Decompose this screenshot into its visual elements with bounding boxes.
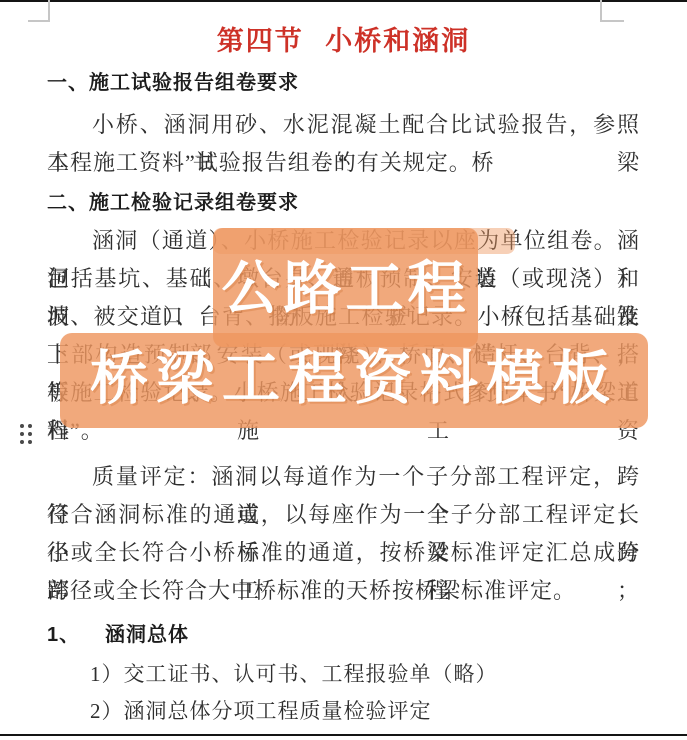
paragraph-quality-evaluation: 质量评定：涵洞以每道作为一个子分部工程评定，跨径或全长 符合涵洞标准的通道，以每… — [47, 458, 640, 610]
sub-item: 2）涵洞总体分项工程质量检验评定 — [47, 696, 640, 726]
corner-mark-top-left — [28, 20, 50, 22]
paragraph-trial-report: 小桥、涵洞用砂、水泥混凝土配合比试验报告，参照本书“桥梁 工程施工资料”试验报告… — [47, 106, 640, 182]
watermark-text-1: 公路工程 — [213, 236, 478, 342]
paragraph-line: 符合涵洞标准的通道，以每座作为一个子分部工程评定；小桥及跨 — [47, 496, 640, 534]
paragraph-line: 跨径或全长符合大中桥标准的天桥按桥梁标准评定。 — [47, 572, 640, 610]
bottom-rule — [0, 734, 687, 736]
corner-mark-top-right — [600, 0, 602, 21]
corner-mark-top-right — [600, 20, 624, 22]
numbered-item-culvert-overall: 1、 涵洞总体 — [47, 620, 640, 650]
section-heading-1: 一、施工试验报告组卷要求 — [47, 68, 640, 98]
corner-mark-top-left — [48, 0, 50, 21]
watermark-text-2: 桥梁工程资料模板 — [60, 333, 648, 425]
item-title: 涵洞总体 — [105, 620, 189, 650]
section-heading-2: 二、施工检验记录组卷要求 — [47, 188, 640, 218]
paragraph-line: 质量评定：涵洞以每道作为一个子分部工程评定，跨径或全长 — [47, 458, 640, 496]
document-page: 第四节 小桥和涵洞 一、施工试验报告组卷要求 小桥、涵洞用砂、水泥混凝土配合比试… — [0, 0, 687, 740]
sub-item: 1）交工证书、认可书、工程报验单（略） — [47, 659, 640, 689]
paragraph-line: 径或全长符合小桥标准的通道，按桥梁标准评定汇总成分部工程； — [47, 534, 640, 572]
top-rule — [0, 0, 687, 2]
drag-handle-icon[interactable] — [20, 424, 32, 444]
item-number: 1、 — [47, 620, 105, 650]
paragraph-line: 小桥、涵洞用砂、水泥混凝土配合比试验报告，参照本书“桥梁 — [47, 106, 640, 144]
page-title: 第四节 小桥和涵洞 — [47, 24, 640, 58]
